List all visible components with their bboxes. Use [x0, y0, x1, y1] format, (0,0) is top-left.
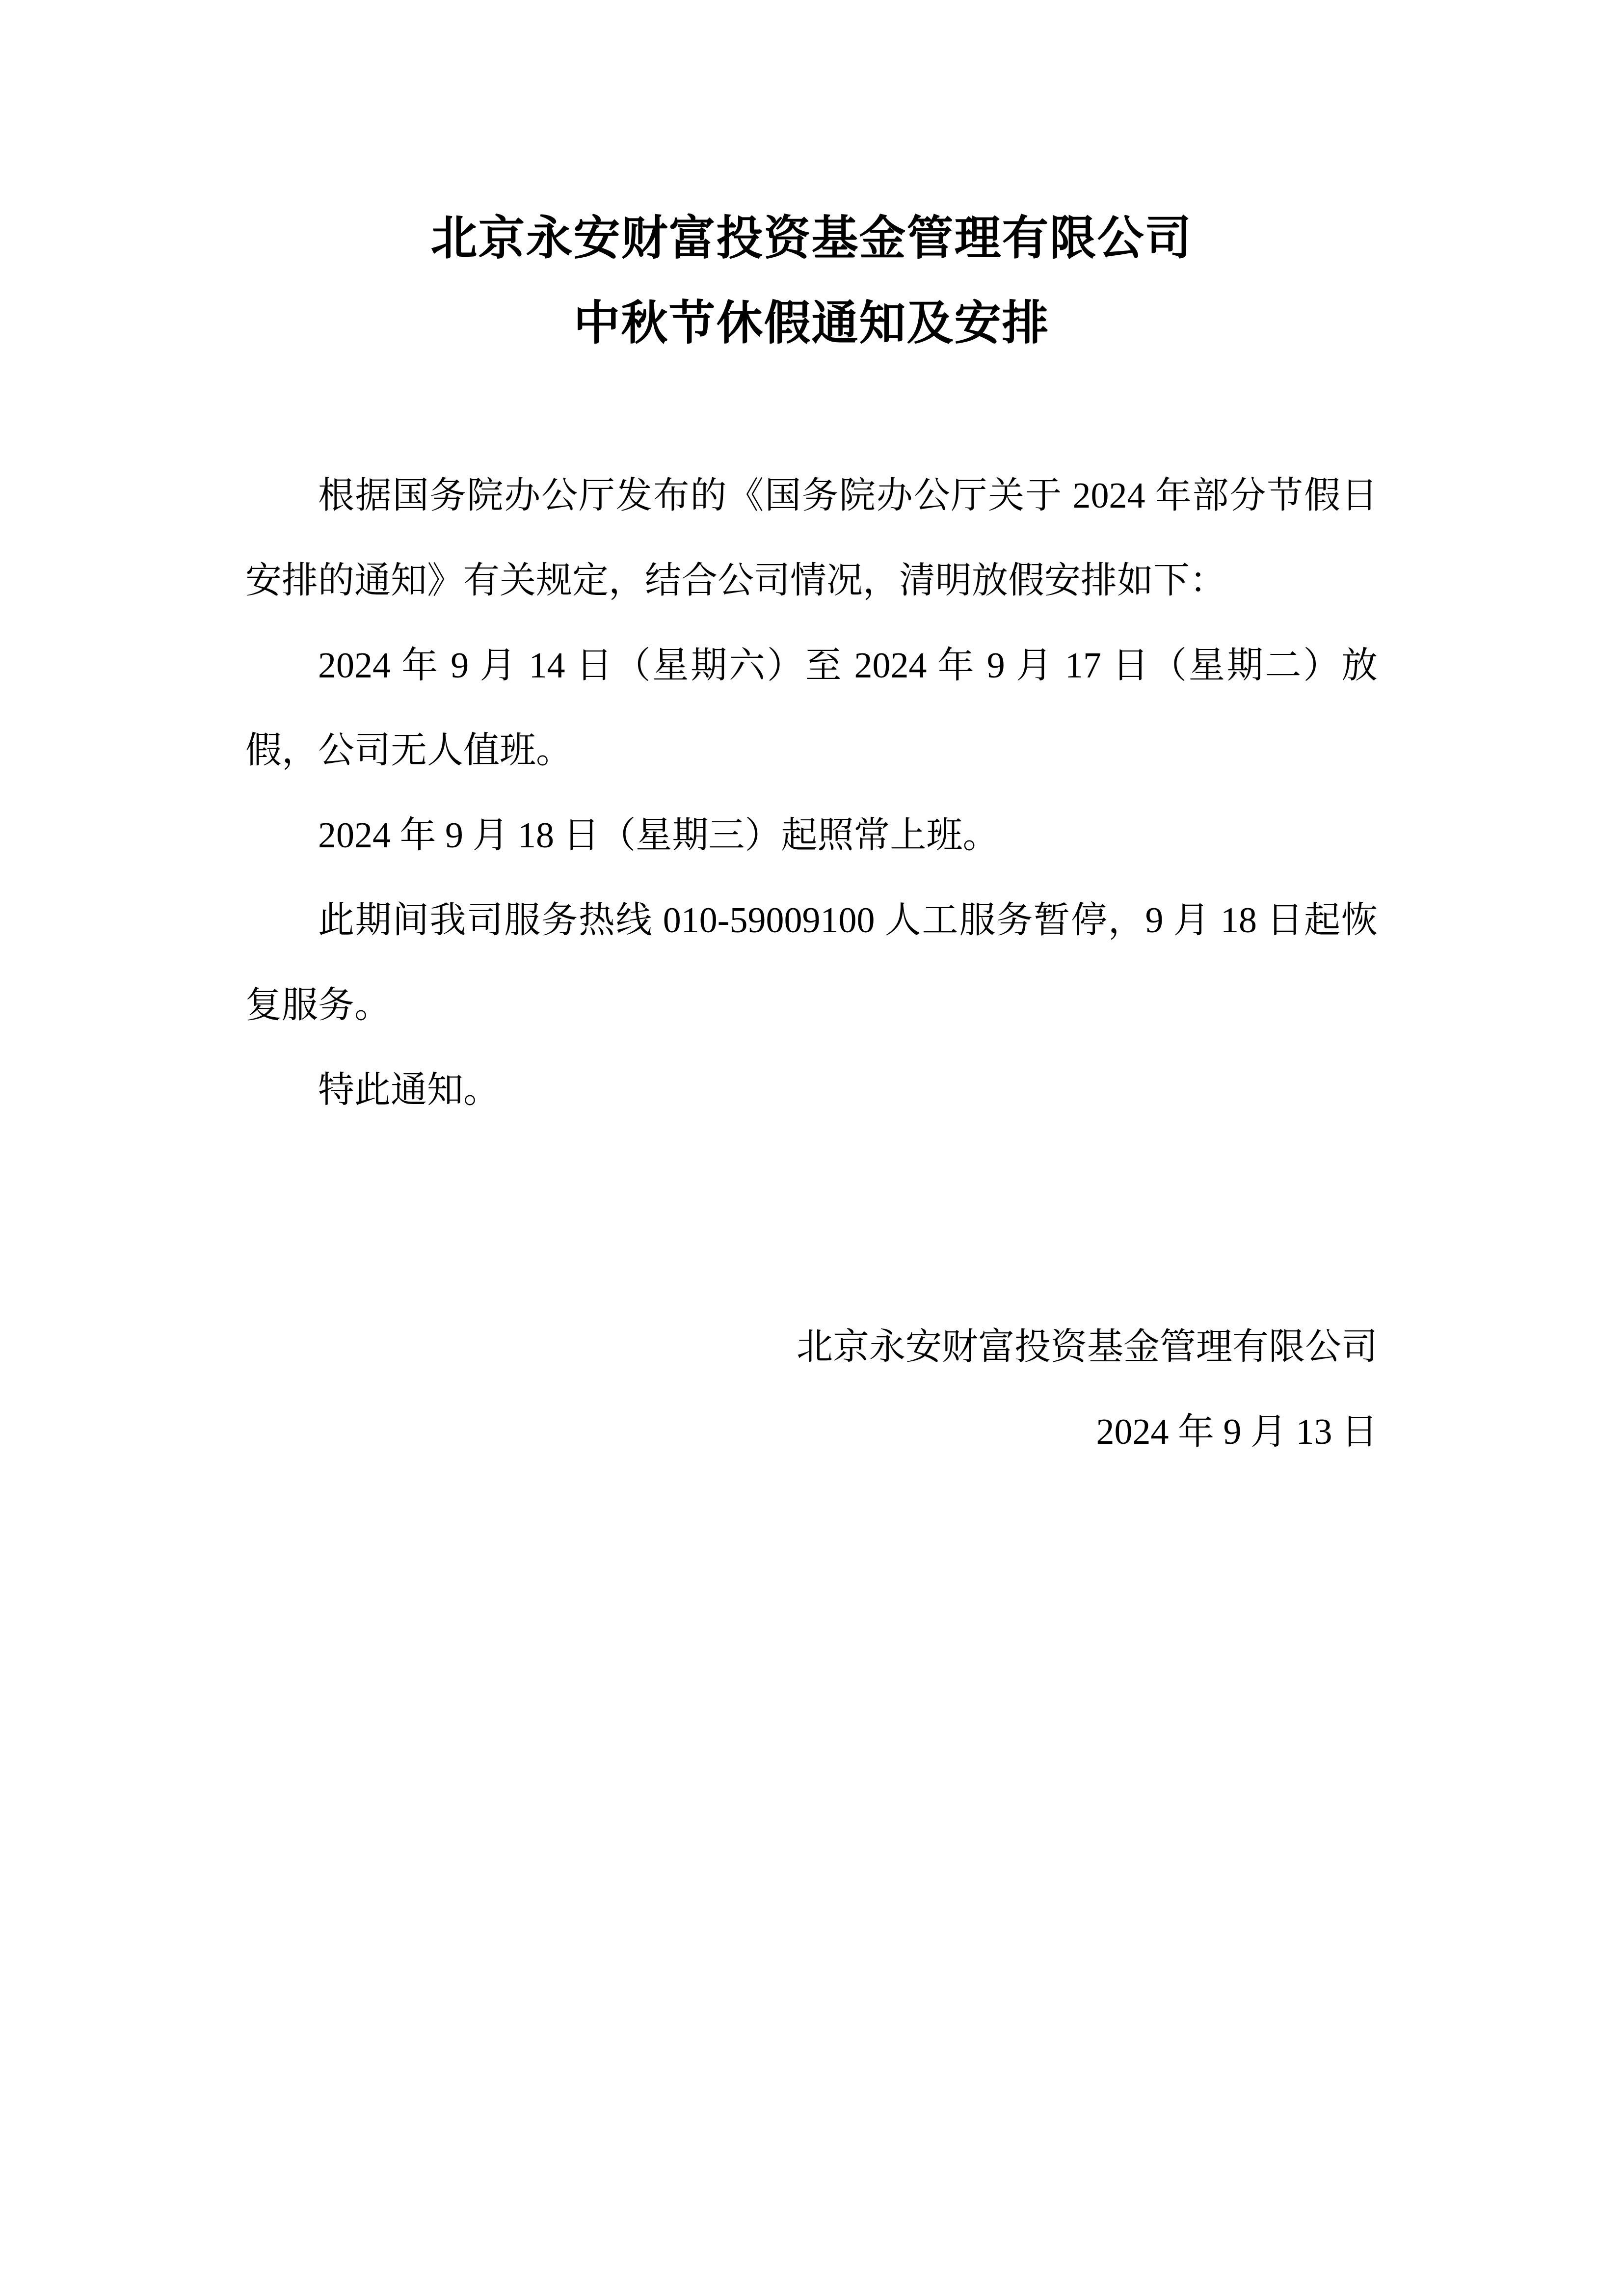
signature-date: 2024 年 9 月 13 日: [245, 1390, 1378, 1475]
signature-block: 北京永安财富投资基金管理有限公司 2024 年 9 月 13 日: [245, 1305, 1378, 1475]
notice-paragraph-holiday-dates: 2024 年 9 月 14 日（星期六）至 2024 年 9 月 17 日（星期…: [245, 623, 1378, 793]
title-company-name: 北京永安财富投资基金管理有限公司: [245, 196, 1378, 281]
title-notice-subject: 中秋节休假通知及安排: [245, 281, 1378, 366]
notice-paragraph-basis: 根据国务院办公厅发布的《国务院办公厅关于 2024 年部分节假日安排的通知》有关…: [245, 454, 1378, 623]
document-page: 北京永安财富投资基金管理有限公司 中秋节休假通知及安排 根据国务院办公厅发布的《…: [0, 0, 1623, 2296]
notice-body: 根据国务院办公厅发布的《国务院办公厅关于 2024 年部分节假日安排的通知》有关…: [245, 454, 1378, 1133]
notice-paragraph-return-to-work: 2024 年 9 月 18 日（星期三）起照常上班。: [245, 793, 1378, 878]
notice-paragraph-closing: 特此通知。: [245, 1048, 1378, 1133]
notice-paragraph-hotline: 此期间我司服务热线 010-59009100 人工服务暂停，9 月 18 日起恢…: [245, 878, 1378, 1048]
signature-company-name: 北京永安财富投资基金管理有限公司: [245, 1305, 1378, 1390]
document-title: 北京永安财富投资基金管理有限公司 中秋节休假通知及安排: [245, 0, 1378, 366]
document-content: 北京永安财富投资基金管理有限公司 中秋节休假通知及安排 根据国务院办公厅发布的《…: [0, 0, 1623, 1475]
